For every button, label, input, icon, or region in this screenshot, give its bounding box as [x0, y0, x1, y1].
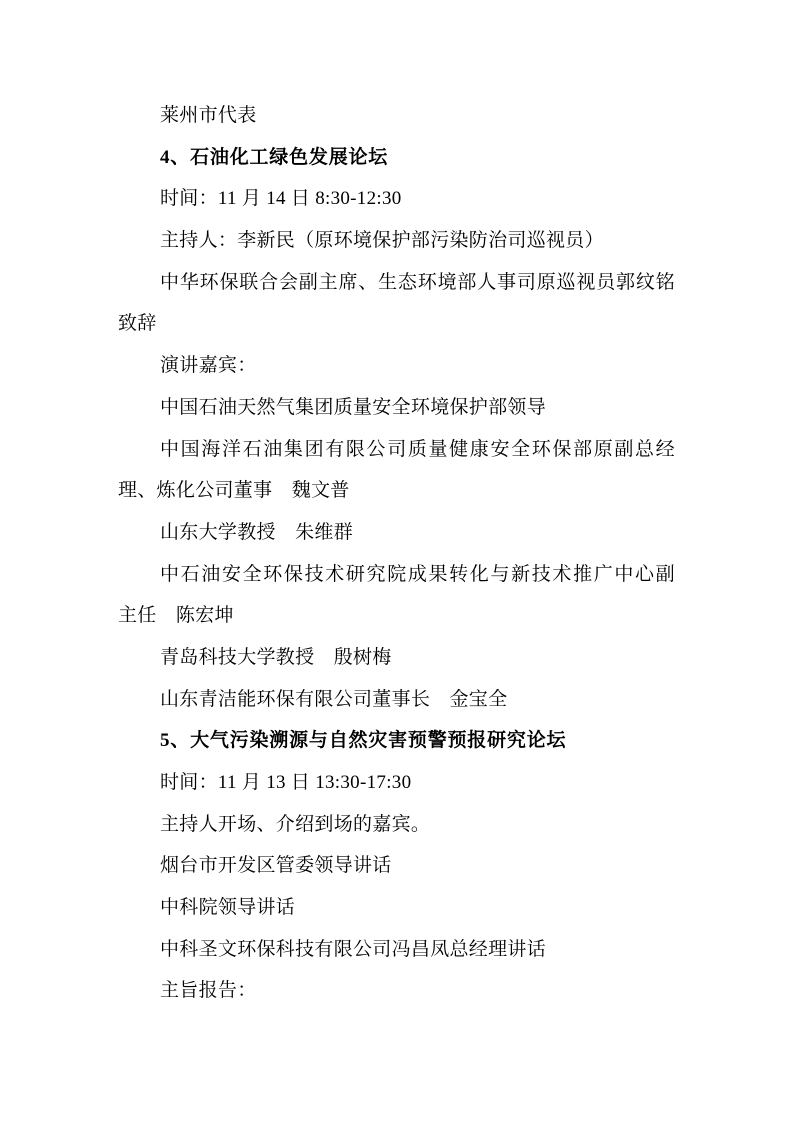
text-line: 莱州市代表 — [118, 95, 675, 137]
paragraph-yantai-leader-speech: 烟台市开发区管委领导讲话 — [118, 845, 675, 887]
paragraph-speaker-cnpc: 中国石油天然气集团质量安全环境保护部领导 — [118, 387, 675, 429]
text-line: 青岛科技大学教授 殷树梅 — [118, 637, 675, 679]
paragraph-speakers-label: 演讲嘉宾： — [118, 345, 675, 387]
text-line: 山东大学教授 朱维群 — [118, 512, 675, 554]
text-line: 山东青洁能环保有限公司董事长 金宝全 — [118, 679, 675, 721]
text-line: 中科院领导讲话 — [118, 887, 675, 929]
text-line: 中科圣文环保科技有限公司冯昌凤总经理讲话 — [118, 929, 675, 971]
paragraph-zhongke-shengwen-speech: 中科圣文环保科技有限公司冯昌凤总经理讲话 — [118, 929, 675, 971]
text-line: 时间：11 月 14 日 8:30-12:30 — [118, 178, 675, 220]
text-line: 中国石油天然气集团质量安全环境保护部领导 — [118, 387, 675, 429]
text-line: 演讲嘉宾： — [118, 345, 675, 387]
text-line: 主持人：李新民（原环境保护部污染防治司巡视员） — [118, 220, 675, 262]
paragraph-laizhou-representatives: 莱州市代表 — [118, 95, 675, 137]
heading-line: 4、石油化工绿色发展论坛 — [118, 137, 675, 179]
text-line: 主旨报告： — [118, 970, 675, 1012]
paragraph-speaker-cnooc: 中国海洋石油集团有限公司质量健康安全环保部原副总经 理、炼化公司董事 魏文普 — [118, 429, 675, 512]
paragraph-forum-5-opening: 主持人开场、介绍到场的嘉宾。 — [118, 804, 675, 846]
text-line: 中华环保联合会副主席、生态环境部人事司原巡视员郭纹铭 — [118, 262, 675, 304]
paragraph-cas-leader-speech: 中科院领导讲话 — [118, 887, 675, 929]
paragraph-forum-4-host: 主持人：李新民（原环境保护部污染防治司巡视员） — [118, 220, 675, 262]
paragraph-speaker-qingdao-univ: 青岛科技大学教授 殷树梅 — [118, 637, 675, 679]
paragraph-speaker-petrochina-institute: 中石油安全环保技术研究院成果转化与新技术推广中心副 主任 陈宏坤 — [118, 554, 675, 637]
text-line: 主任 陈宏坤 — [118, 595, 675, 637]
text-line: 烟台市开发区管委领导讲话 — [118, 845, 675, 887]
paragraph-keynote-label: 主旨报告： — [118, 970, 675, 1012]
text-line: 主持人开场、介绍到场的嘉宾。 — [118, 804, 675, 846]
paragraph-forum-5-time: 时间：11 月 13 日 13:30-17:30 — [118, 762, 675, 804]
section-heading-forum-5: 5、大气污染溯源与自然灾害预警预报研究论坛 — [118, 720, 675, 762]
text-line: 致辞 — [118, 303, 675, 345]
paragraph-speaker-qingjieneng: 山东青洁能环保有限公司董事长 金宝全 — [118, 679, 675, 721]
document-body: 莱州市代表 4、石油化工绿色发展论坛 时间：11 月 14 日 8:30-12:… — [118, 95, 675, 1012]
heading-line: 5、大气污染溯源与自然灾害预警预报研究论坛 — [118, 720, 675, 762]
paragraph-forum-4-time: 时间：11 月 14 日 8:30-12:30 — [118, 178, 675, 220]
text-line: 中石油安全环保技术研究院成果转化与新技术推广中心副 — [118, 554, 675, 596]
text-line: 时间：11 月 13 日 13:30-17:30 — [118, 762, 675, 804]
section-heading-forum-4: 4、石油化工绿色发展论坛 — [118, 137, 675, 179]
document-page: 莱州市代表 4、石油化工绿色发展论坛 时间：11 月 14 日 8:30-12:… — [0, 0, 794, 1123]
text-line: 中国海洋石油集团有限公司质量健康安全环保部原副总经 — [118, 429, 675, 471]
paragraph-opening-address: 中华环保联合会副主席、生态环境部人事司原巡视员郭纹铭 致辞 — [118, 262, 675, 345]
paragraph-speaker-shandong-univ: 山东大学教授 朱维群 — [118, 512, 675, 554]
text-line: 理、炼化公司董事 魏文普 — [118, 470, 675, 512]
